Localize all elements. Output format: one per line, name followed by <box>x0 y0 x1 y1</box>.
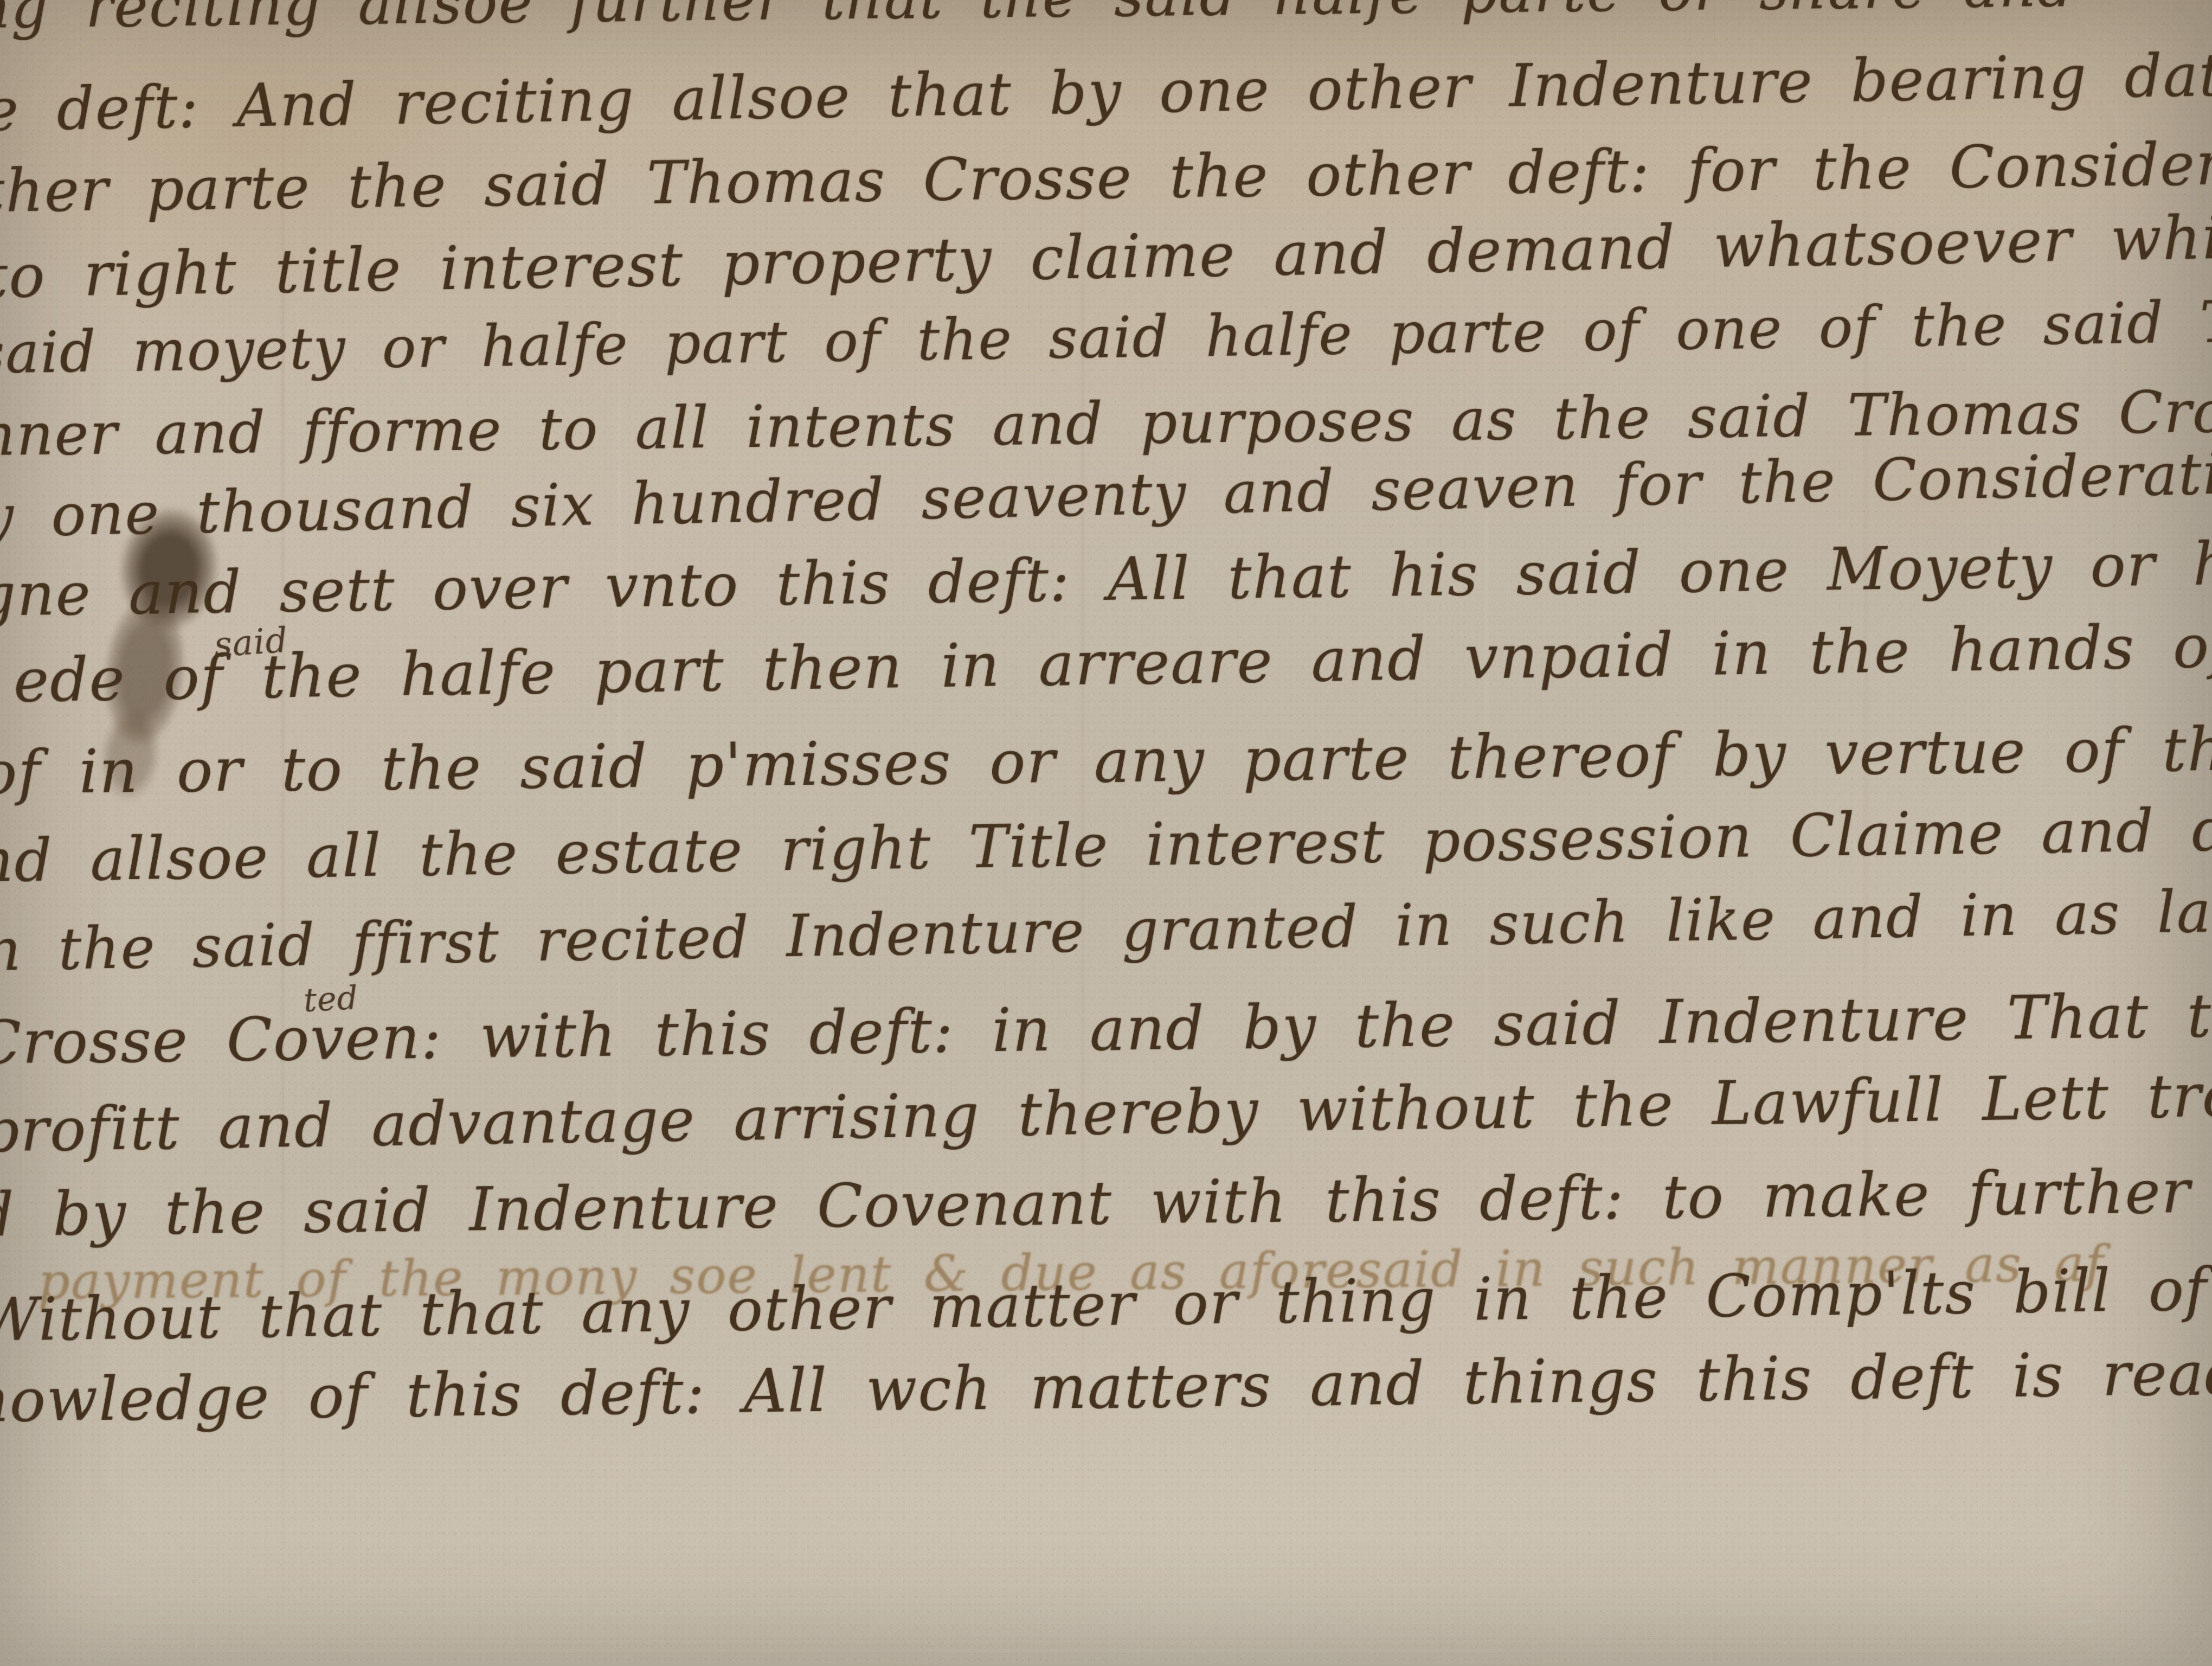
manuscript-line: e deft: And reciting allsoe that by one … <box>0 42 2212 140</box>
manuscript-line: ede of the halfe part then in arreare an… <box>13 610 2212 710</box>
manuscript-line: ther parte the said Thomas Crosse the ot… <box>0 131 2212 221</box>
interlinear-insertion: ted <box>303 982 359 1017</box>
parchment-page: ng reciting allsoe further that the said… <box>0 0 2212 1666</box>
manuscript-line: d by the said Indenture Covenant with th… <box>0 1159 2212 1245</box>
manuscript-line: profitt and advantage arrising thereby w… <box>0 1063 2212 1161</box>
manuscript-line: nowledge of this deft: All wch matters a… <box>0 1342 2212 1431</box>
manuscript-line: nd allsoe all the estate right Title int… <box>0 796 2212 891</box>
interlinear-insertion: said <box>213 623 290 663</box>
manuscript-line: gne and sett over vnto this deft: All th… <box>0 531 2212 625</box>
manuscript-line: ng reciting allsoe further that the said… <box>0 0 2075 37</box>
manuscript-line: of in or to the said p'misses or any par… <box>0 716 2212 803</box>
manuscript-line: n the said ffirst recited Indenture gran… <box>0 876 2212 979</box>
